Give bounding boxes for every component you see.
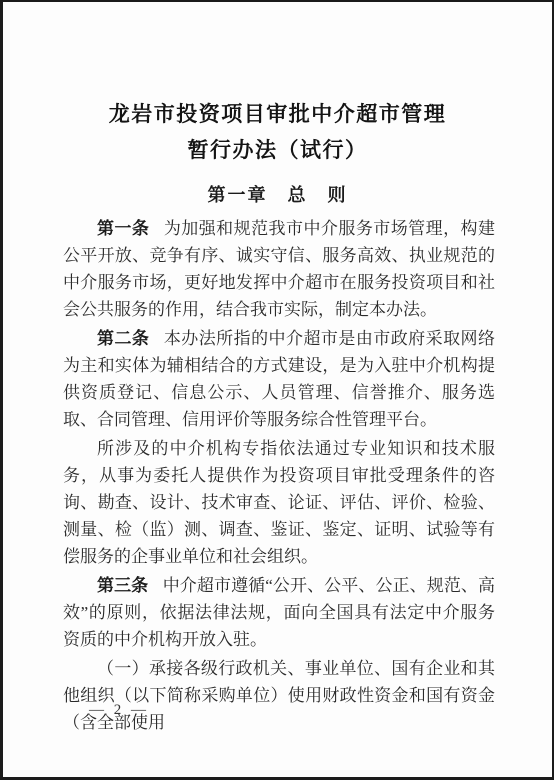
article-2b-text: 所涉及的中介机构专指依法通过专业知识和技术服务，从事为委托人提供作为投资项目审批… bbox=[63, 439, 495, 566]
document-body: 第一条为加强和规范我市中介服务市场管理，构建公平开放、竞争有序、诚实守信、服务高… bbox=[63, 215, 495, 736]
paragraph-article-2: 第二条本办法所指的中介超市是由市政府采取网络为主和实体为辅相结合的方式建设，是为… bbox=[63, 325, 495, 433]
paragraph-article-3: 第三条中介超市遵循“公开、公平、公正、规范、高效”的原则，依据法律法规，面向全国… bbox=[63, 572, 495, 653]
paragraph-article-2-continued: 所涉及的中介机构专指依法通过专业知识和技术服务，从事为委托人提供作为投资项目审批… bbox=[63, 435, 495, 570]
paragraph-article-1: 第一条为加强和规范我市中介服务市场管理，构建公平开放、竞争有序、诚实守信、服务高… bbox=[63, 215, 495, 323]
article-3-item-1-text: （一）承接各级行政机关、事业单位、国有企业和其他组织（以下简称采购单位）使用财政… bbox=[63, 659, 495, 732]
document-title-line-2: 暂行办法（试行） bbox=[3, 132, 552, 168]
article-2-label: 第二条 bbox=[97, 329, 149, 348]
article-3-label: 第三条 bbox=[97, 576, 148, 595]
document-title-line-1: 龙岩市投资项目审批中介超市管理 bbox=[3, 96, 552, 132]
article-1-label: 第一条 bbox=[97, 219, 149, 238]
scanned-document-page: 龙岩市投资项目审批中介超市管理 暂行办法（试行） 第一章 总 则 第一条为加强和… bbox=[0, 0, 554, 780]
page-number: — 2 — bbox=[89, 702, 149, 719]
chapter-heading: 第一章 总 则 bbox=[3, 182, 552, 209]
paragraph-article-3-item-1: （一）承接各级行政机关、事业单位、国有企业和其他组织（以下简称采购单位）使用财政… bbox=[63, 655, 495, 736]
document-title: 龙岩市投资项目审批中介超市管理 暂行办法（试行） bbox=[3, 96, 552, 168]
